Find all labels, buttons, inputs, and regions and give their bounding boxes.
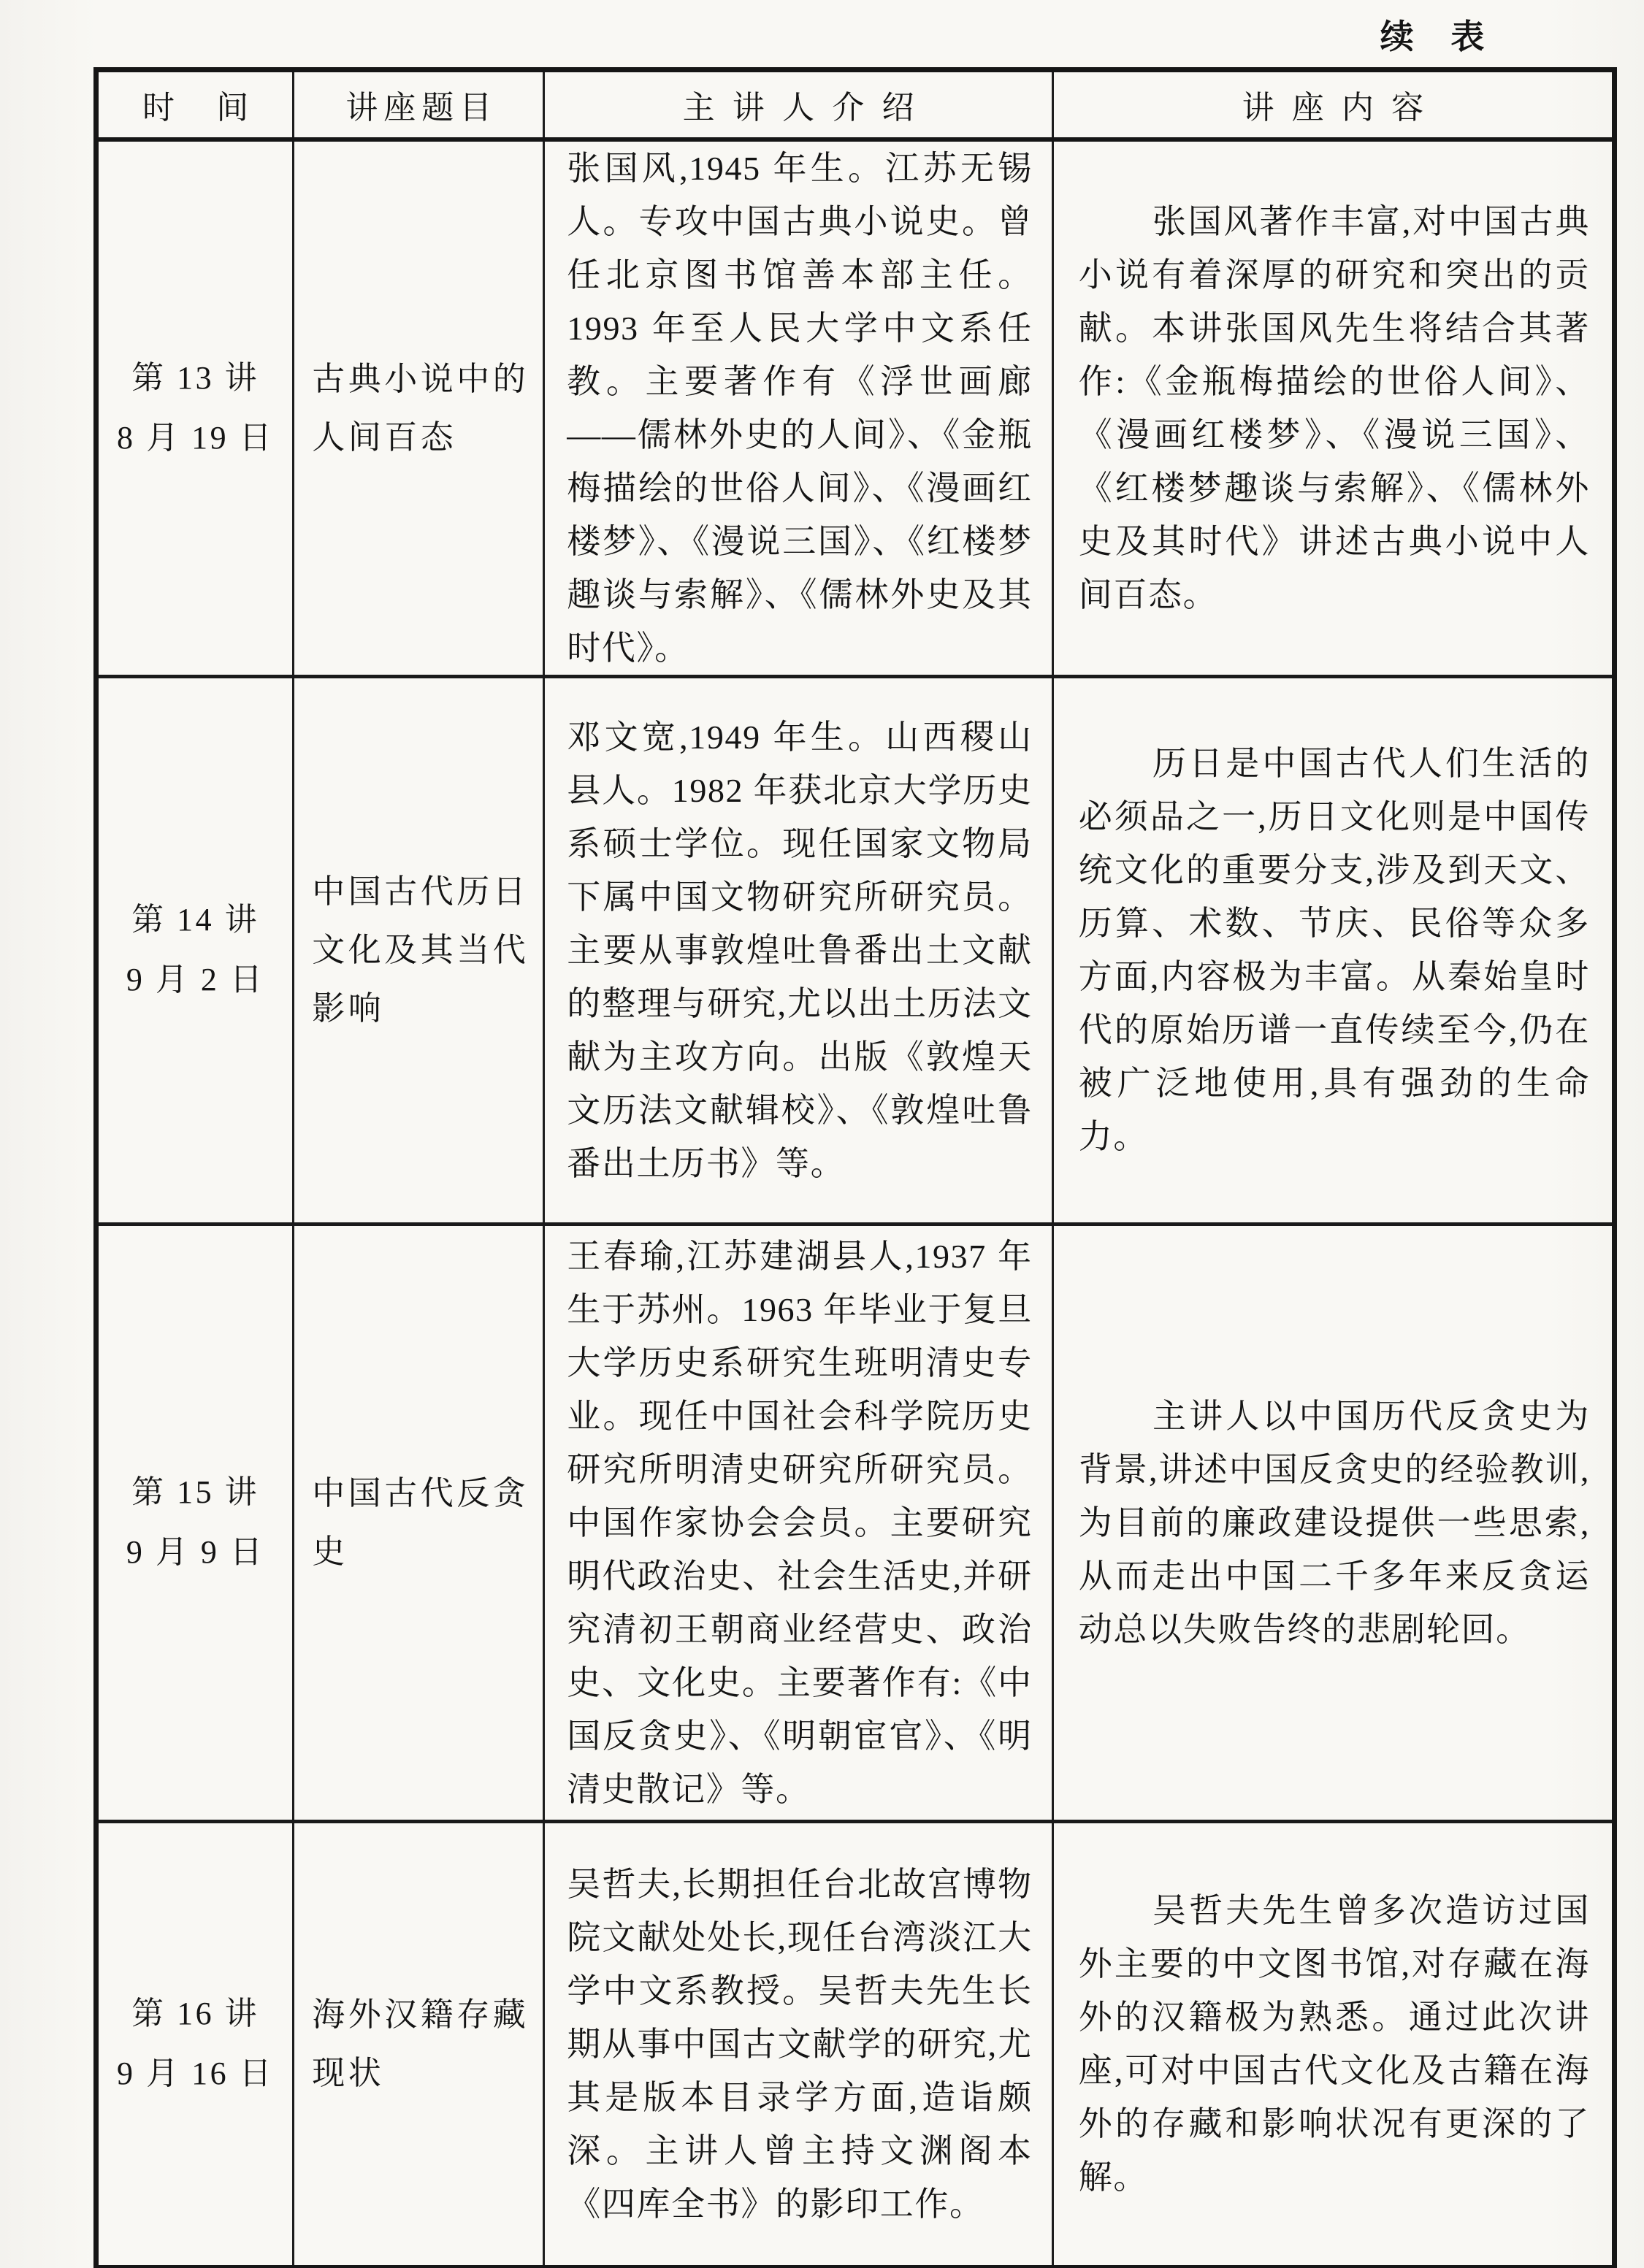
continued-table-label: 续表	[1380, 10, 1521, 58]
speaker-intro: 王春瑜,江苏建湖县人,1937 年生于苏州。1963 年毕业于复旦大学历史系研究…	[544, 1224, 1052, 1821]
lecture-content-text: 张国风著作丰富,对中国古典小说有着深厚的研究和突出的贡献。本讲张国风先生将结合其…	[1079, 195, 1590, 621]
lecture-time-cell: 第 14 讲 9 月 2 日	[96, 676, 294, 1224]
lecture-schedule-table: 时间 讲座题目 主讲人介绍 讲座内容 第 13 讲 8 月 19 日 古典小说中…	[93, 67, 1617, 2268]
header-lecture-content: 讲座内容	[1052, 70, 1614, 139]
lecture-content: 张国风著作丰富,对中国古典小说有着深厚的研究和突出的贡献。本讲张国风先生将结合其…	[1052, 139, 1614, 677]
header-speaker-intro: 主讲人介绍	[544, 70, 1052, 139]
header-time: 时间	[96, 70, 294, 139]
speaker-intro: 邓文宽,1949 年生。山西稷山县人。1982 年获北京大学历史系硕士学位。现任…	[544, 676, 1052, 1224]
lecture-content: 主讲人以中国历代反贪史为背景,讲述中国反贪史的经验教训,为目前的廉政建设提供一些…	[1052, 1224, 1614, 1821]
speaker-intro-text: 吴哲夫,长期担任台北故宫博物院文献处处长,现任台湾淡江大学中文系教授。吴哲夫先生…	[567, 1858, 1032, 2231]
speaker-intro: 张国风,1945 年生。江苏无锡人。专攻中国古典小说史。曾任北京图书馆善本部主任…	[544, 139, 1052, 677]
table-row: 第 15 讲 9 月 9 日 中国古代反贪史 王春瑜,江苏建湖县人,1937 年…	[96, 1224, 1615, 1821]
speaker-intro-text: 张国风,1945 年生。江苏无锡人。专攻中国古典小说史。曾任北京图书馆善本部主任…	[567, 142, 1032, 675]
lecture-title: 古典小说中的人间百态	[294, 139, 544, 677]
lecture-title: 海外汉籍存藏现状	[294, 1821, 544, 2267]
table-row: 第 16 讲 9 月 16 日 海外汉籍存藏现状 吴哲夫,长期担任台北故宫博物院…	[96, 1821, 1615, 2267]
lecture-time-cell: 第 16 讲 9 月 16 日	[96, 1821, 294, 2267]
table-row: 第 14 讲 9 月 2 日 中国古代历日文化及其当代影响 邓文宽,1949 年…	[96, 676, 1615, 1224]
lecture-date: 8 月 19 日	[103, 408, 288, 468]
scanned-page: 续表 时间 讲座题目 主讲人介绍 讲座内容 第 13 讲 8 月 19 日 古典…	[0, 0, 1644, 2268]
lecture-title: 中国古代反贪史	[294, 1224, 544, 1821]
lecture-content-text: 历日是中国古代人们生活的必须品之一,历日文化则是中国传统文化的重要分支,涉及到天…	[1079, 737, 1590, 1163]
lecture-content: 历日是中国古代人们生活的必须品之一,历日文化则是中国传统文化的重要分支,涉及到天…	[1052, 676, 1614, 1224]
speaker-intro-text: 邓文宽,1949 年生。山西稷山县人。1982 年获北京大学历史系硕士学位。现任…	[567, 710, 1032, 1190]
lecture-content: 吴哲夫先生曾多次造访过国外主要的中文图书馆,对存藏在海外的汉籍极为熟悉。通过此次…	[1052, 1821, 1614, 2267]
lecture-number: 第 14 讲	[103, 890, 288, 950]
lecture-content-text: 主讲人以中国历代反贪史为背景,讲述中国反贪史的经验教训,为目前的廉政建设提供一些…	[1079, 1390, 1590, 1656]
lecture-number: 第 16 讲	[103, 1984, 288, 2044]
speaker-intro: 吴哲夫,长期担任台北故宫博物院文献处处长,现任台湾淡江大学中文系教授。吴哲夫先生…	[544, 1821, 1052, 2267]
table-header-row: 时间 讲座题目 主讲人介绍 讲座内容	[96, 70, 1615, 139]
lecture-time-cell: 第 15 讲 9 月 9 日	[96, 1224, 294, 1821]
lecture-time-cell: 第 13 讲 8 月 19 日	[96, 139, 294, 677]
speaker-intro-text: 王春瑜,江苏建湖县人,1937 年生于苏州。1963 年毕业于复旦大学历史系研究…	[567, 1230, 1032, 1816]
header-lecture-title: 讲座题目	[294, 70, 544, 139]
lecture-date: 9 月 9 日	[103, 1522, 288, 1582]
table-row: 第 13 讲 8 月 19 日 古典小说中的人间百态 张国风,1945 年生。江…	[96, 139, 1615, 677]
lecture-content-text: 吴哲夫先生曾多次造访过国外主要的中文图书馆,对存藏在海外的汉籍极为熟悉。通过此次…	[1079, 1884, 1590, 2204]
lecture-date: 9 月 2 日	[103, 950, 288, 1010]
lecture-number: 第 13 讲	[103, 348, 288, 408]
lecture-title: 中国古代历日文化及其当代影响	[294, 676, 544, 1224]
lecture-number: 第 15 讲	[103, 1463, 288, 1522]
lecture-date: 9 月 16 日	[103, 2044, 288, 2104]
